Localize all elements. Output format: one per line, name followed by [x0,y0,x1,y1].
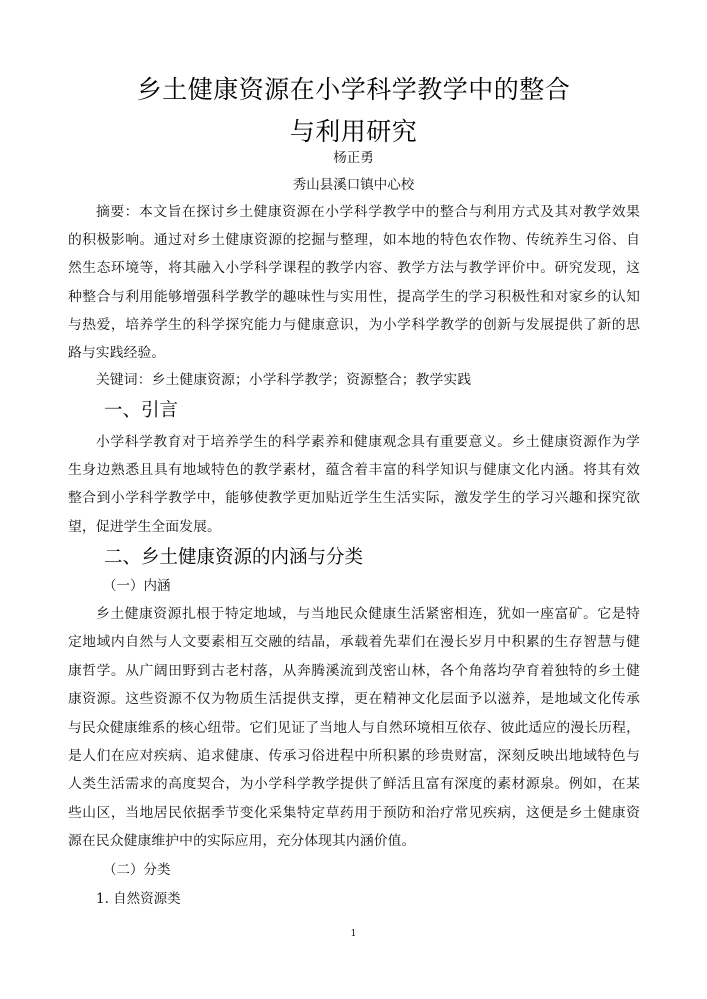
section-heading-resources: 二、乡土健康资源的内涵与分类 [104,546,363,570]
paragraph-line: 康哲学。从广阔田野到古老村落，从奔腾溪流到茂密山林，各个角落均孕育着独特的乡土健 [68,662,640,680]
affiliation: 秀山县溪口镇中心校 [0,176,707,194]
paragraph-line: 源在民众健康维护中的实际应用，充分体现其内涵价值。 [68,832,640,850]
paragraph-line: 小学科学教育对于培养学生的科学素养和健康观念具有重要意义。乡土健康资源作为学 [96,433,640,451]
paragraph-line: 人类生活需求的高度契合，为小学科学教学提供了鲜活且富有深度的素材源泉。例如，在某 [68,775,640,793]
paragraph-line: 康资源。这些资源不仅为物质生活提供支撑，更在精神文化层面予以滋养，是地域文化传承 [68,690,640,708]
paragraph-line: 整合到小学科学教学中，能够使教学更加贴近学生生活实际，激发学生的学习兴趣和探究欲 [68,489,640,507]
document-page: 乡土健康资源在小学科学教学中的整合 与利用研究 杨正勇 秀山县溪口镇中心校 摘要… [0,0,707,999]
abstract-line: 种整合与利用能够增强科学教学的趣味性与实用性，提高学生的学习积极性和对家乡的认知 [68,288,640,306]
page-number: 1 [0,929,707,939]
paragraph-line: 些山区，当地居民依据季节变化采集特定草药用于预防和治疗常见疾病，这便是乡土健康资 [68,804,640,822]
paragraph-line: 乡土健康资源扎根于特定地域，与当地民众健康生活紧密相连，犹如一座富矿。它是特 [96,605,640,623]
paragraph-line: 定地域内自然与人文要素相互交融的结晶，承载着先辈们在漫长岁月中积累的生存智慧与健 [68,633,640,651]
subheading-connotation: （一）内涵 [103,577,171,595]
author: 杨正勇 [0,149,707,167]
abstract-line: 路与实践经验。 [68,344,640,362]
abstract-line: 的积极影响。通过对乡土健康资源的挖掘与整理，如本地的特色农作物、传统养生习俗、自 [68,231,640,249]
title-line-2: 与利用研究 [0,116,707,148]
paragraph-line: 望，促进学生全面发展。 [68,518,640,536]
paragraph-line: 是人们在应对疾病、追求健康、传承习俗进程中所积累的珍贵财富，深刻反映出地域特色与 [68,747,640,765]
title-line-1: 乡土健康资源在小学科学教学中的整合 [0,74,707,106]
keywords: 关键词：乡土健康资源；小学科学教学；资源整合；教学实践 [96,371,640,389]
list-item-natural-resources: 1. 自然资源类 [96,890,181,908]
abstract-line: 与热爱，培养学生的科学探究能力与健康意识，为小学科学教学的创新与发展提供了新的思 [68,316,640,334]
subheading-classification: （二）分类 [103,861,171,879]
paragraph-line: 与民众健康维系的核心纽带。它们见证了当地人与自然环境相互依存、彼此适应的漫长历程… [68,719,640,737]
abstract-line: 然生态环境等，将其融入小学科学课程的教学内容、教学方法与教学评价中。研究发现，这 [68,259,640,277]
abstract-line: 摘要：本文旨在探讨乡土健康资源在小学科学教学中的整合与利用方式及其对教学效果 [96,203,640,221]
section-heading-intro: 一、引言 [104,399,178,423]
paragraph-line: 生身边熟悉且具有地域特色的教学素材，蕴含着丰富的科学知识与健康文化内涵。将其有效 [68,461,640,479]
